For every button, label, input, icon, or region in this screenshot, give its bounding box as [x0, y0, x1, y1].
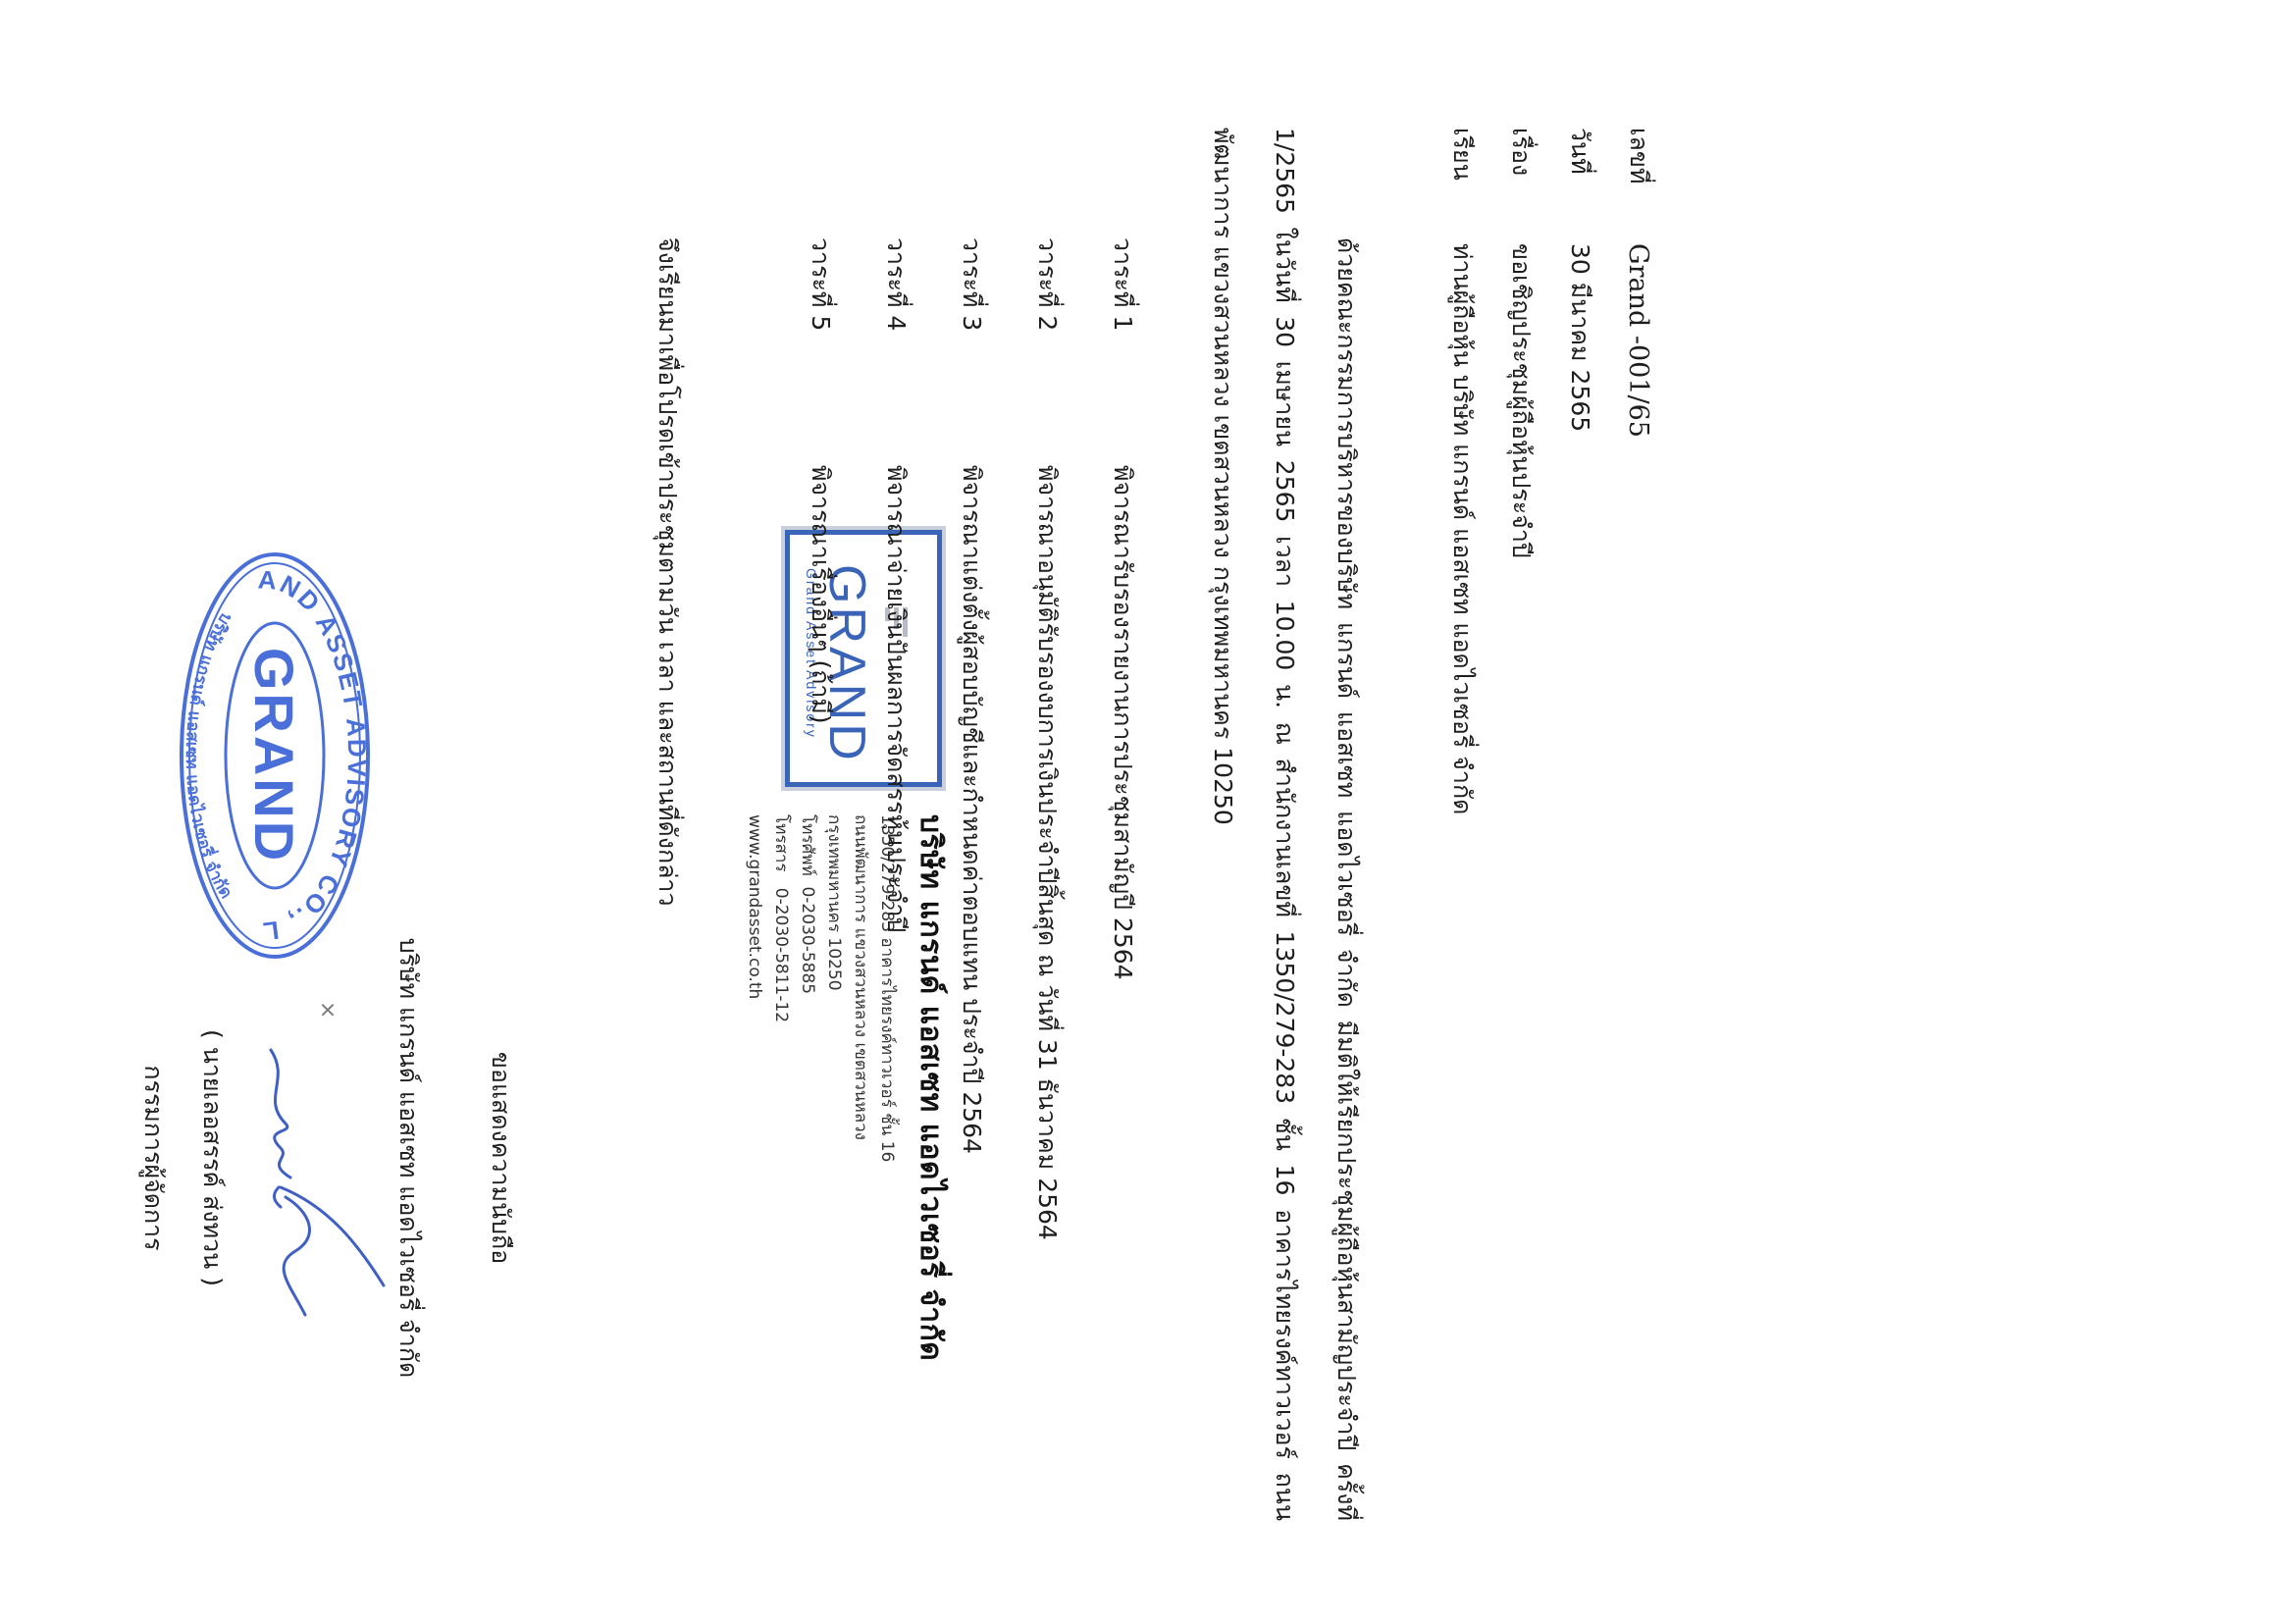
agenda-item-label: วาระที่ 5 [802, 128, 841, 465]
signature-area: × [241, 746, 389, 1570]
agenda-item: วาระที่ 2 พิจารณาอนุมัติรับรองงบการเงินป… [1010, 128, 1085, 1521]
date-row: วันที่ 30 มีนาคม 2565 [1550, 128, 1609, 1521]
closing-sentence: จึงเรียนมาเพื่อโปรดเข้าประชุมตามวัน เวลา… [648, 128, 687, 1521]
subject-value: ขอเชิญประชุมผู้ถือหุ้นประจำปี [1501, 243, 1540, 1521]
handwritten-signature [241, 1040, 389, 1335]
agenda-item-text: พิจารณาจ่ายเงินปันผลการจัดสรรหุ้นประจำปี [877, 465, 916, 1521]
agenda-item-label: วาระที่ 1 [1104, 128, 1143, 465]
agenda-item-text: พิจารณาเรื่องอื่นๆ (ถ้ามี) [802, 465, 841, 1521]
date-value: 30 มีนาคม 2565 [1560, 243, 1599, 1521]
reference-row: เลขที่ Grand -001/65 [1609, 128, 1668, 1521]
recipient-row: เรียน ท่านผู้ถือหุ้น บริษัท แกรนด์ แอสเซ… [1433, 128, 1491, 1521]
reference-label: เลขที่ [1619, 128, 1658, 243]
agenda-item: วาระที่ 5 พิจารณาเรื่องอื่นๆ (ถ้ามี) [783, 128, 859, 1521]
recipient-value: ท่านผู้ถือหุ้น บริษัท แกรนด์ แอสเซท แอดไ… [1442, 243, 1482, 1521]
date-label: วันที่ [1560, 128, 1599, 243]
agenda-item: วาระที่ 1 พิจารณารับรองรายงานการประชุมสา… [1085, 128, 1161, 1521]
signing-company: บริษัท แกรนด์ แอสเซท แอดไวเซอรี่ จำกัด [389, 746, 428, 1570]
signer-name: ( นายเลอสรรค์ ส่งทวน ) [192, 746, 232, 1570]
reference-number: Grand -001/65 [1624, 243, 1654, 1521]
sign-here-mark: × [315, 1001, 339, 1019]
agenda-list: วาระที่ 1 พิจารณารับรองรายงานการประชุมสา… [783, 128, 1161, 1521]
closing-salutation: ขอแสดงความนับถือ [481, 746, 520, 1570]
agenda-item-text: พิจารณาอนุมัติรับรองงบการเงินประจำปีสิ้น… [1028, 465, 1068, 1521]
agenda-item-label: วาระที่ 3 [953, 128, 992, 465]
subject-row: เรื่อง ขอเชิญประชุมผู้ถือหุ้นประจำปี [1491, 128, 1550, 1521]
agenda-item: วาระที่ 4 พิจารณาจ่ายเงินปันผลการจัดสรรห… [859, 128, 934, 1521]
signature-block: ขอแสดงความนับถือ บริษัท แกรนด์ แอสเซท แอ… [133, 746, 520, 1570]
agenda-item-text: พิจารณาแต่งตั้งผู้สอบบัญชีและกำหนดค่าตอบ… [953, 465, 992, 1521]
recipient-label: เรียน [1442, 128, 1482, 243]
body-paragraph-text: ด้วยคณะกรรมการบริหารของบริษัท แกรนด์ แอส… [1209, 128, 1361, 1521]
subject-label: เรื่อง [1501, 128, 1540, 243]
agenda-item-label: วาระที่ 2 [1028, 128, 1068, 465]
agenda-item-label: วาระที่ 4 [877, 128, 916, 465]
letter-page: GRAND Grand Asset Advisory บริษัท แกรนด์… [0, 0, 2296, 1623]
body-paragraph: ด้วยคณะกรรมการบริหารของบริษัท แกรนด์ แอส… [1192, 128, 1378, 1521]
agenda-item: วาระที่ 3 พิจารณาแต่งตั้งผู้สอบบัญชีและก… [934, 128, 1010, 1521]
signer-position: กรรมการผู้จัดการ [133, 746, 173, 1570]
agenda-item-text: พิจารณารับรองรายงานการประชุมสามัญปี 2564 [1104, 465, 1143, 1521]
letter-body: เลขที่ Grand -001/65 วันที่ 30 มีนาคม 25… [648, 128, 1668, 1521]
